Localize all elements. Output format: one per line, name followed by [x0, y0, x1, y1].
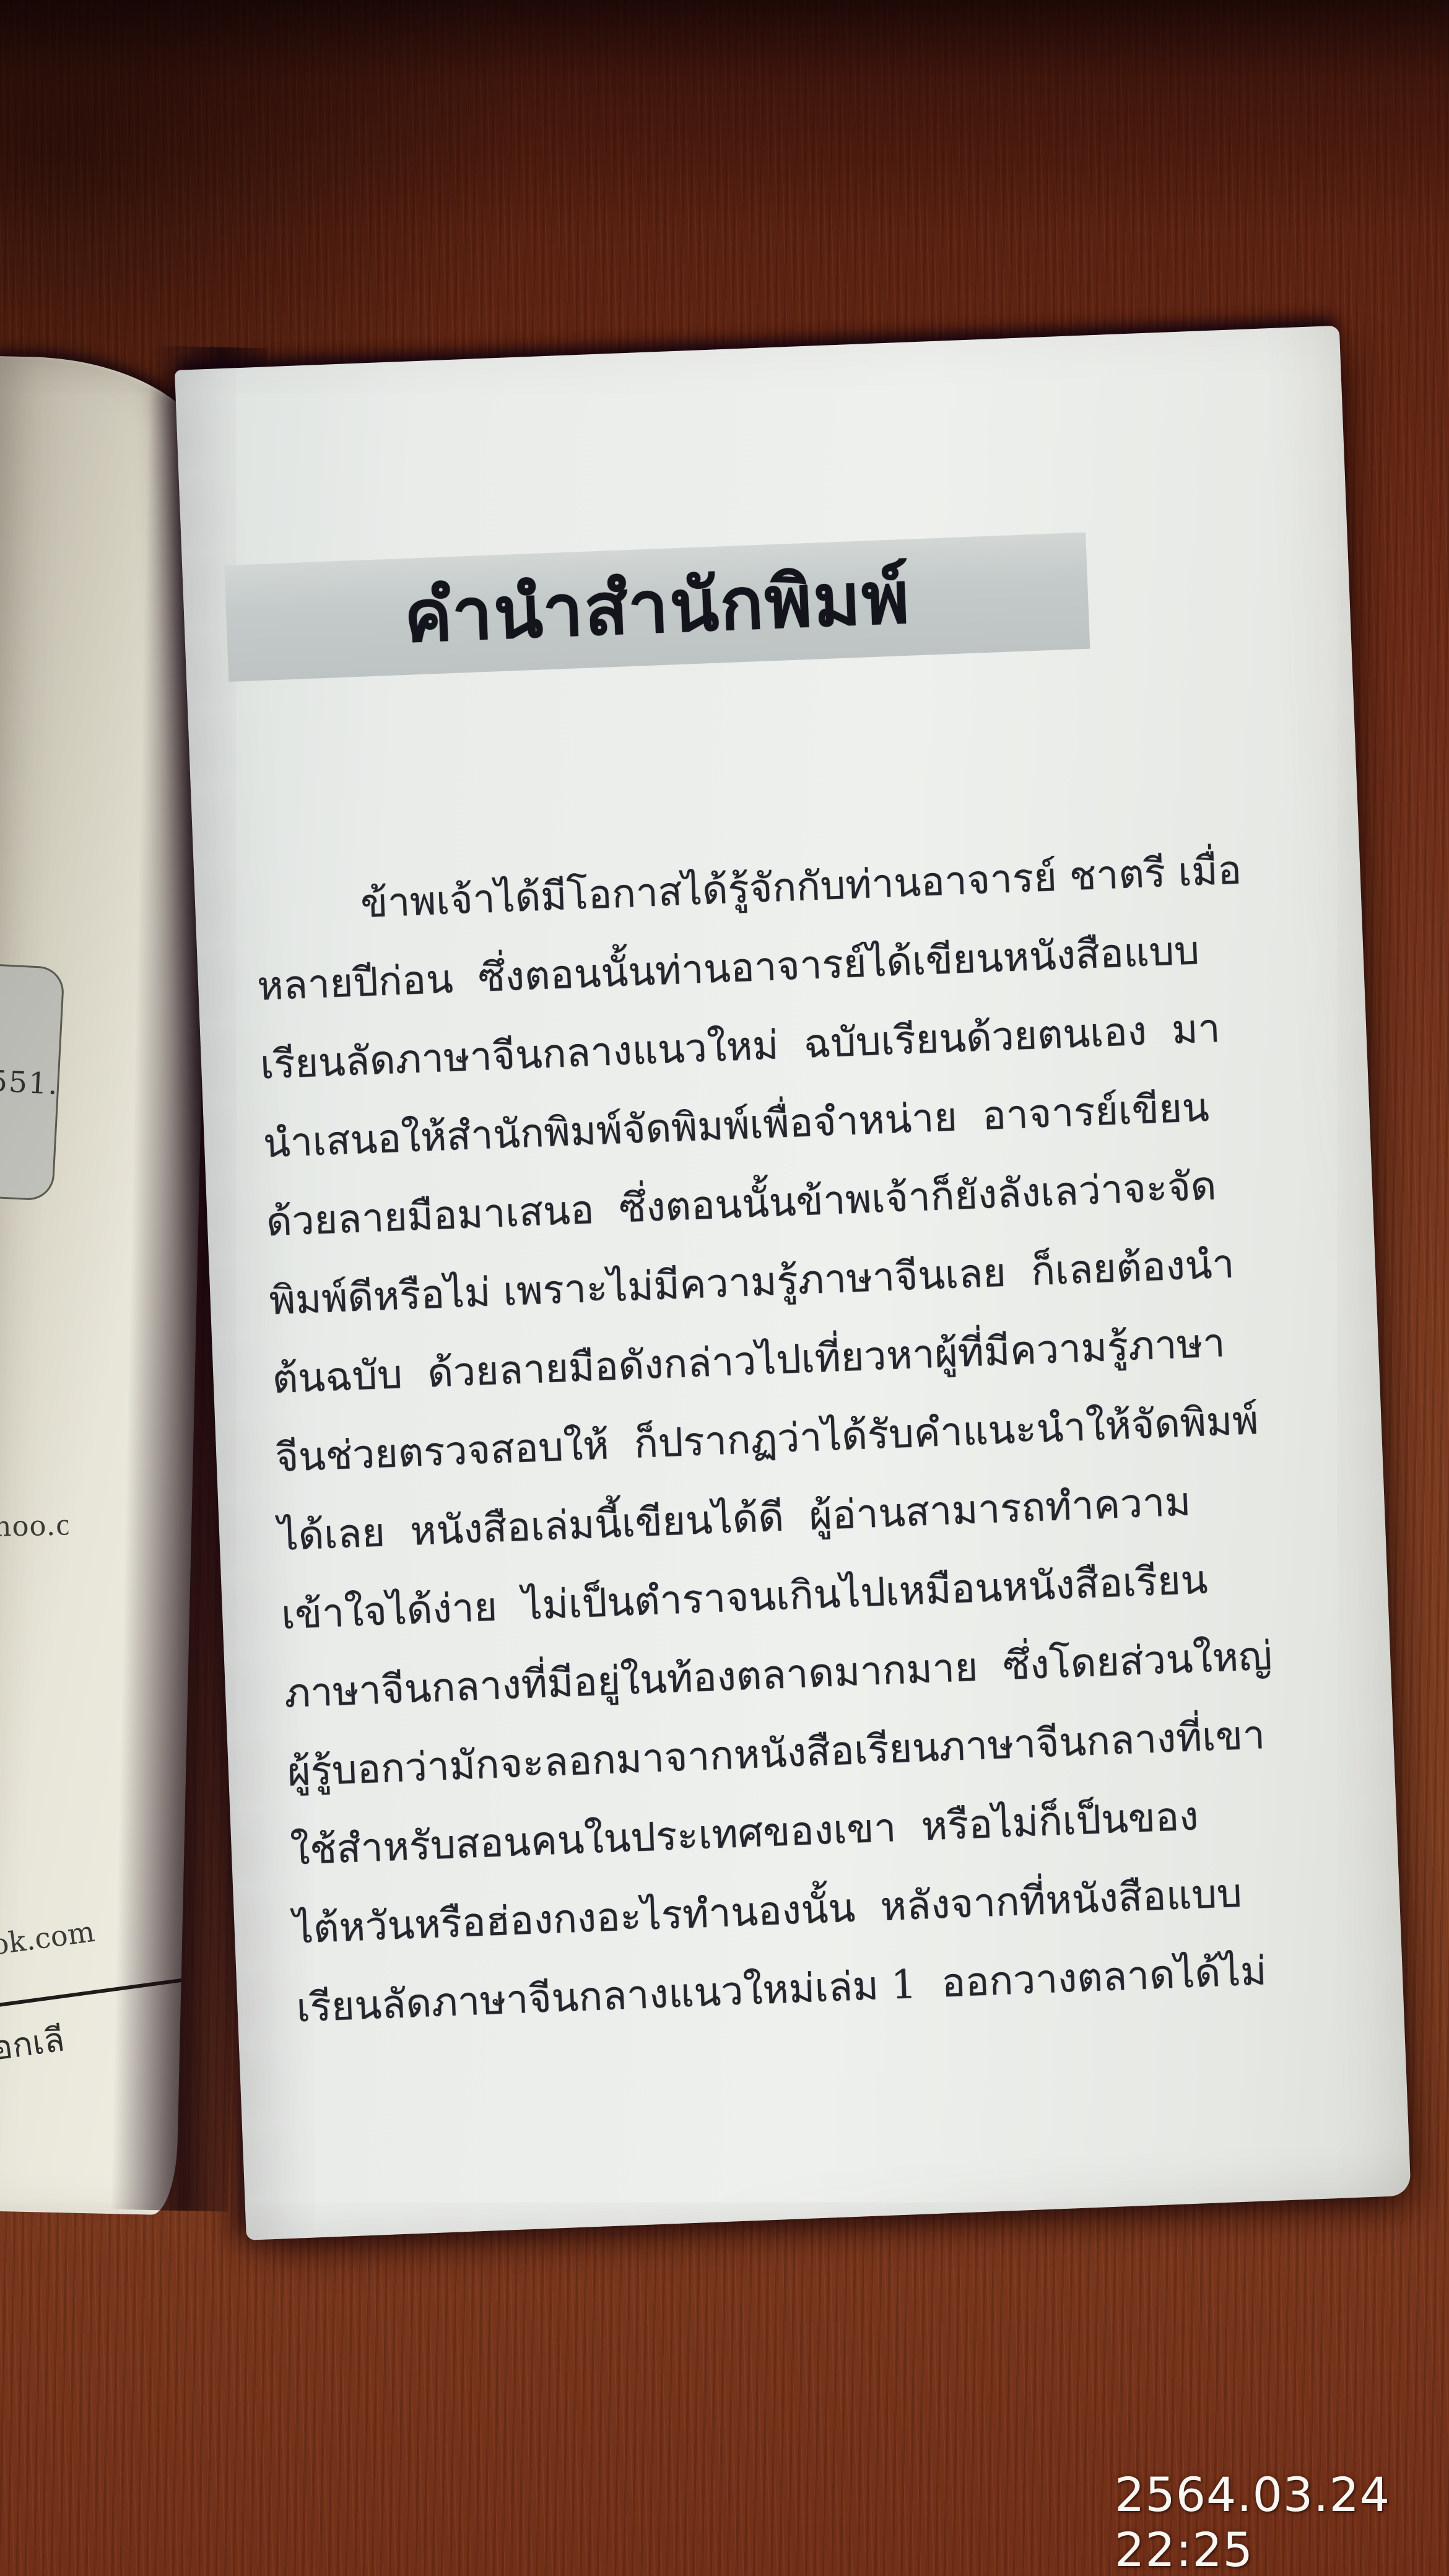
year-fragment: 2551.	[0, 1063, 59, 1101]
preface-paragraph: ข้าพเจ้าได้มีโอกาสได้รู้จักกับท่านอาจารย…	[253, 832, 1282, 2048]
chapter-title: คำนำสำนักพิมพ์	[402, 562, 912, 653]
chapter-title-banner: คำนำสำนักพิมพ์	[224, 533, 1090, 682]
email-fragment: yahoo.com	[0, 1508, 69, 1544]
book-page: คำนำสำนักพิมพ์ ข้าพเจ้าได้มีโอกาสได้รู้จ…	[175, 326, 1411, 2240]
rounded-info-box: 2551.	[0, 962, 65, 1201]
website-fragment: Book.com	[0, 1915, 97, 1967]
book-photo-scene: 2551. 9 yahoo.com Book.com มลอกเลี คำนำส…	[0, 0, 1449, 2576]
camera-timestamp: 2564.03.24 22:25	[1115, 2467, 1449, 2576]
